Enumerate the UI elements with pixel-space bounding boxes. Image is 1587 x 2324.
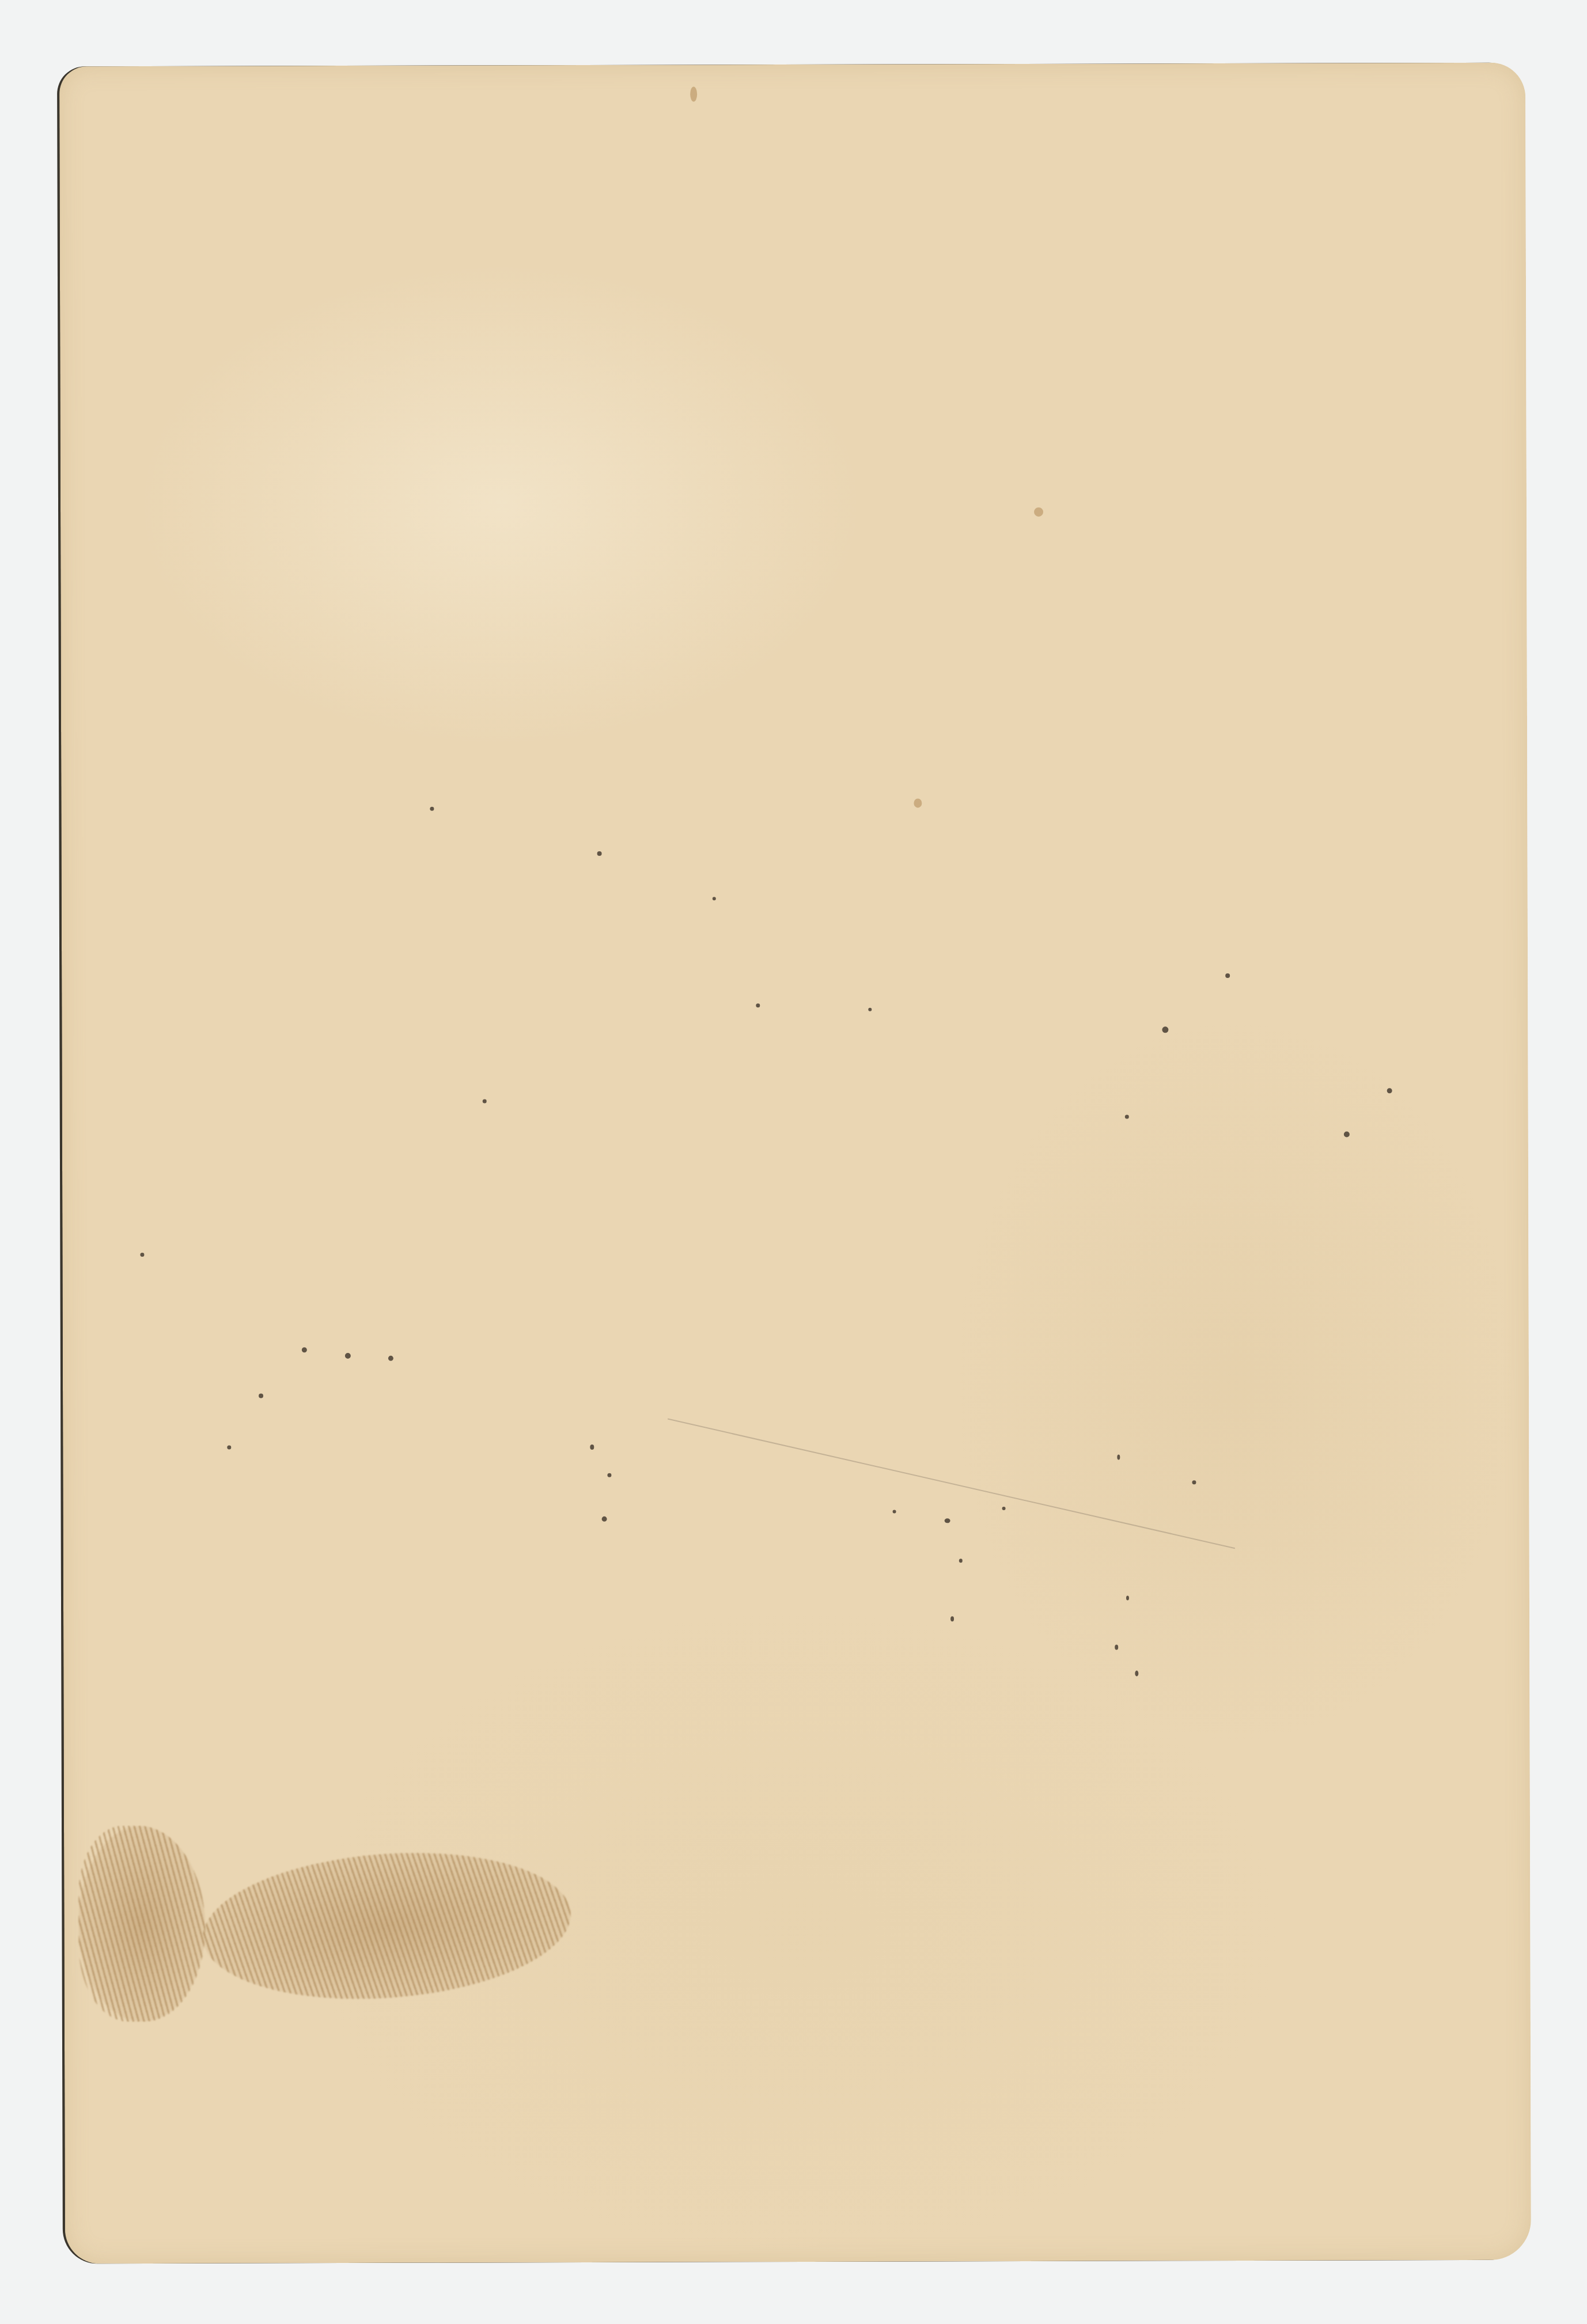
foxing-spot	[945, 1518, 950, 1523]
foxing-spot	[1126, 1595, 1129, 1600]
stain-spot	[914, 798, 922, 807]
foxing-spot	[868, 1008, 872, 1011]
foxing-spot	[345, 1353, 351, 1359]
foxing-spot	[483, 1099, 487, 1103]
foxing-spot	[140, 1253, 144, 1257]
stain-spot	[690, 86, 697, 101]
foxing-spot	[950, 1616, 954, 1621]
foxing-spot	[713, 897, 716, 900]
foxing-spot	[1002, 1507, 1006, 1510]
fingerprint-left	[78, 1826, 206, 2022]
fingerprint-right	[198, 1841, 575, 2011]
foxing-spot	[259, 1393, 263, 1398]
foxing-spot	[1162, 1026, 1168, 1033]
foxing-spot	[590, 1445, 594, 1450]
foxing-spot	[959, 1559, 963, 1563]
foxing-spot	[1225, 973, 1230, 978]
foxing-spot	[597, 851, 602, 856]
card-back	[59, 63, 1531, 2264]
foxing-spot	[302, 1347, 307, 1352]
stain-spot	[1034, 507, 1043, 517]
foxing-spot	[756, 1003, 760, 1007]
foxing-spot	[430, 807, 434, 811]
foxing-spot	[1192, 1480, 1196, 1484]
foxing-spot	[607, 1473, 611, 1477]
foxing-spot	[388, 1356, 393, 1361]
foxing-spot	[227, 1446, 231, 1450]
foxing-spot	[1344, 1131, 1350, 1137]
foxing-spot	[1115, 1645, 1118, 1650]
foxing-spot	[602, 1517, 607, 1522]
foxing-spot	[893, 1510, 896, 1514]
foxing-spot	[1117, 1455, 1120, 1460]
foxing-spot	[1135, 1670, 1138, 1676]
scratch-line	[668, 1419, 1235, 1549]
foxing-spot	[1387, 1088, 1392, 1093]
foxing-spot	[1125, 1114, 1129, 1119]
